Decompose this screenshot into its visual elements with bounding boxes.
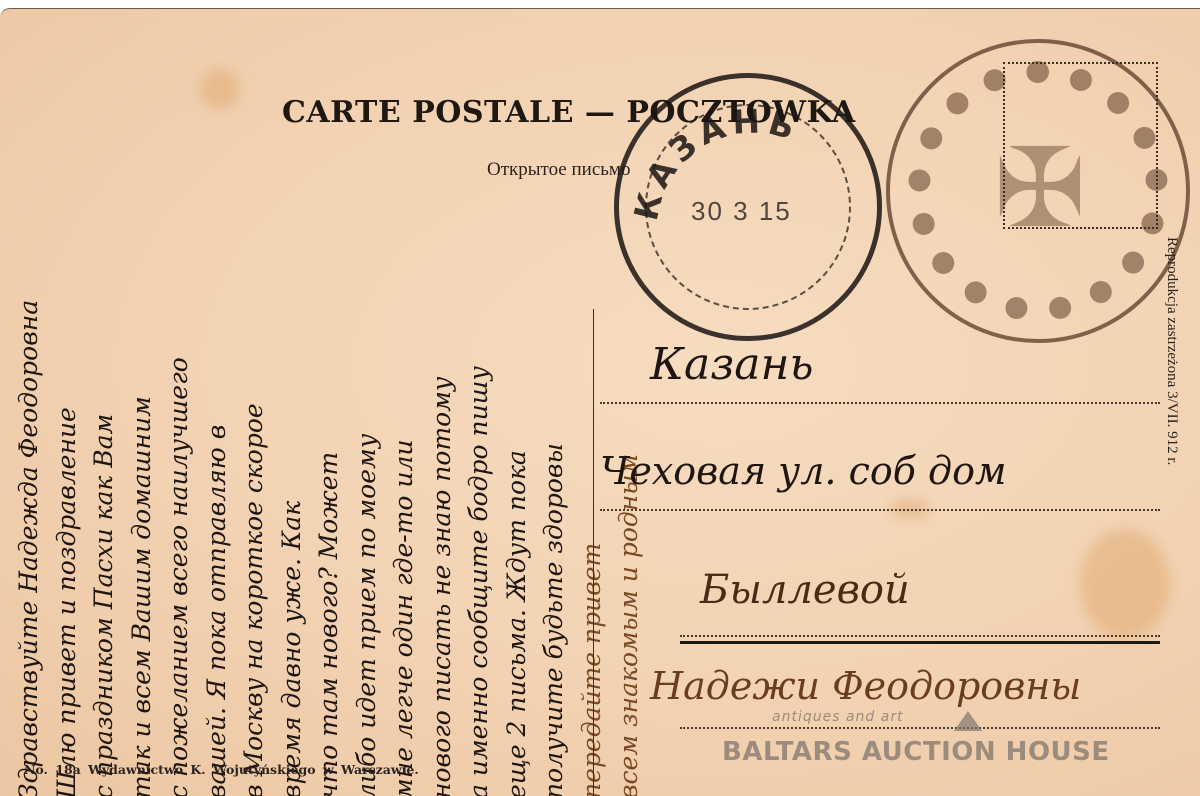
message-line: время давно уже. Как [273,19,311,796]
address-line [680,635,1160,637]
card-subtitle: Открытое письмо [487,159,630,181]
message-line: еще 2 письма. Ждут пока [498,19,536,796]
postmark: КАЗАНЬ 30 3 15 [614,73,882,341]
message-line: мне легче один где-то или [385,19,423,796]
message-line: вашей. Я пока отправляю в [198,19,236,796]
address-recipient: Надежи Феодоровны [650,664,1081,708]
address-line [600,509,1160,511]
message-line: с праздником Пасхи как Вам [85,19,123,796]
watermark-name: BALTARS AUCTION HOUSE [722,737,1110,767]
message-line: с пожеланием всего наилучшего [160,19,198,796]
handwritten-message: Здравствуйте Надежда Феодоровна Шлю прив… [10,19,648,796]
stamp-placeholder-box [1003,62,1158,229]
message-line: получите будьте здоровы [535,19,573,796]
reproduction-notice: Reprodukcja zastrzeżona 3/VII. 912 r. [1163,237,1180,465]
message-line: Здравствуйте Надежда Феодоровна [10,19,48,796]
message-line: нового писать не знаю потому [423,19,461,796]
crown-icon [954,711,982,731]
postmark-date: 30 3 15 [691,196,792,227]
message-line: в Москву на короткое скорое [235,19,273,796]
age-stain [1080,529,1170,639]
divider-rule [593,309,594,796]
address-line [600,402,1160,404]
message-line: а именно сообщите бодро пишу [460,19,498,796]
message-line: что там нового? Может [310,19,348,796]
postcard-back: Здравствуйте Надежда Феодоровна Шлю прив… [0,8,1200,796]
address-street: Чеховая ул. соб дом [600,449,1006,493]
watermark-tagline: antiques and art [772,709,904,725]
message-line: либо идет прием по моему [348,19,386,796]
message-line: передайте привет [573,19,611,796]
publisher-imprint: No. 18a Wydawnictwo K. Wojutyńskiego w W… [24,762,419,777]
message-line: Шлю привет и поздравление [48,19,86,796]
auction-watermark: antiques and art BALTARS AUCTION HOUSE [722,709,1122,789]
address-city: Казань [650,339,813,390]
address-solid-line [680,641,1160,644]
message-line: так и всем Вашим домашним [123,19,161,796]
address-name: Быллевой [700,567,910,613]
